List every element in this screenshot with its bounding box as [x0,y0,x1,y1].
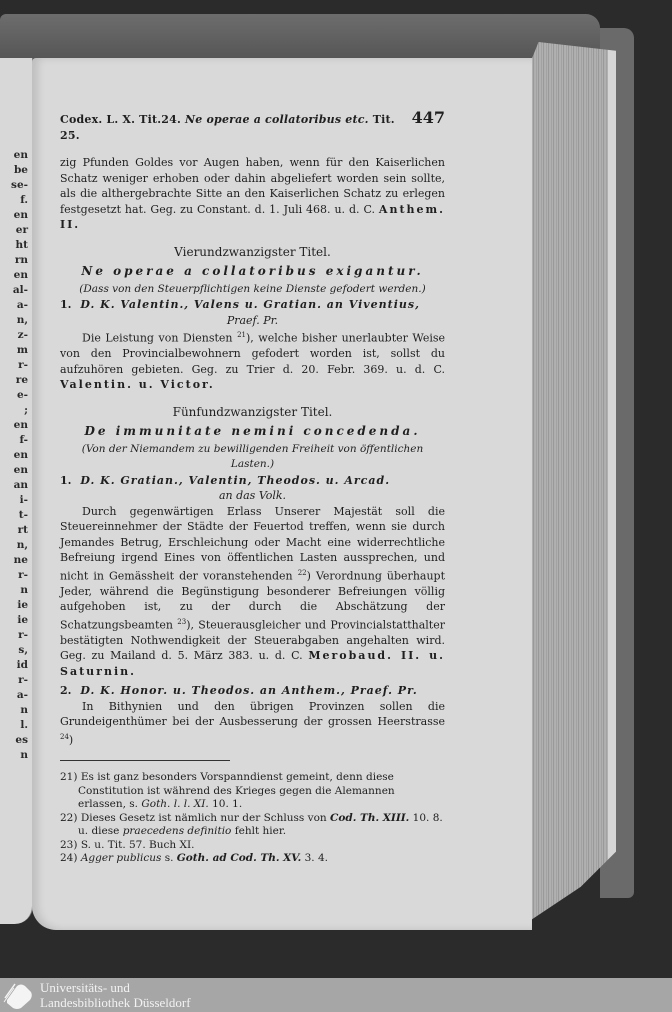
left-page-fragment: r- [0,628,30,643]
left-page-fragment: en [0,463,30,478]
fn-label: 23) [60,839,77,851]
title-24-heading: Vierundzwanzigster Titel. [60,245,445,261]
left-page-fragment: n, [0,538,30,553]
law-heading: 1. D. K. Gratian., Valentin, Theodos. u.… [60,473,445,489]
left-page-fragment: ie [0,613,30,628]
footnote-21: 21) Es ist ganz besonders Vorspanndienst… [60,771,445,812]
law-number: 2. [60,684,71,697]
law-text: Durch gegenwärtigen Erlass Unserer Majes… [60,504,445,680]
law-heading-text: D. K. Gratian., Valentin, Theodos. u. Ar… [80,474,390,487]
fn-label: 24) [60,852,77,864]
left-page-fragment: en [0,148,30,163]
law-heading: 1. D. K. Valentin., Valens u. Gratian. a… [60,297,445,313]
fn-italic2: praecedens definitio [123,825,232,837]
fn-text: S. u. Tit. 57. Buch XI. [81,839,195,851]
fn-italic2: Goth. ad Cod. Th. XV. [177,852,301,864]
fn-after: 10. 1. [212,798,242,810]
left-page-edge: enbese-f.enerhtrnenal-a-n,z-mr-ree-;enf-… [0,58,33,924]
footnote-ref[interactable]: 22 [298,569,307,577]
title-25-subtitle: (Von der Niemandem zu bewilligenden Frei… [60,442,445,473]
law-text-a: In Bithynien und den übrigen Provinzen s… [60,700,445,729]
left-page-fragment: r- [0,358,30,373]
left-page-fragment: f- [0,433,30,448]
left-page-fragment: l. [0,718,30,733]
footnote-rule [60,760,230,761]
law-text-b: ) [69,734,73,747]
footnote-23: 23) S. u. Tit. 57. Buch XI. [60,839,445,853]
left-page-fragment: f. [0,193,30,208]
left-page-fragment: i- [0,493,30,508]
footnote-ref[interactable]: 23 [177,618,186,626]
left-page-fragment: n [0,748,30,763]
left-page-fragment: ie [0,598,30,613]
left-page-fragment: er [0,223,30,238]
title-24-subtitle: (Dass von den Steuerpflichtigen keine Di… [60,282,445,298]
left-page-fragment: en [0,268,30,283]
title-24-latin: Ne operae a collatoribus exigantur. [60,264,445,280]
book-logo-icon [3,982,33,1010]
page-text: Codex. L. X. Tit.24. Ne operae a collato… [60,110,445,866]
fn-label: 21) [60,771,77,783]
left-page-fragment: s, [0,643,30,658]
running-head-left: Codex. L. X. Tit.24. Ne operae a collato… [60,112,412,143]
left-page-fragment: a- [0,688,30,703]
left-page-fragment: a- [0,298,30,313]
title-25-latin: De immunitate nemini concedenda. [60,424,445,440]
law-number: 1. [60,298,71,311]
footnote-ref[interactable]: 24 [60,733,69,741]
left-page-fragment: t- [0,508,30,523]
right-page: Codex. L. X. Tit.24. Ne operae a collato… [32,58,532,930]
left-page-fragment: es [0,733,30,748]
law-text: In Bithynien und den übrigen Provinzen s… [60,699,445,748]
left-page-fragment: en [0,418,30,433]
running-head: Codex. L. X. Tit.24. Ne operae a collato… [60,110,445,143]
footnote-22: 22) Dieses Gesetz ist nämlich nur der Sc… [60,812,445,839]
left-page-fragment: id [0,658,30,673]
left-page-fragment: en [0,208,30,223]
page-number: 447 [412,110,445,126]
law-heading-text: D. K. Valentin., Valens u. Gratian. an V… [80,298,420,311]
left-page-fragment: m [0,343,30,358]
law-recipient: an das Volk. [60,488,445,504]
head-italic: Ne operae a collatoribus etc. [185,113,369,126]
left-page-fragment: be [0,163,30,178]
left-page-fragment: rt [0,523,30,538]
fn-after: 3. 4. [305,852,328,864]
library-footer: Universitäts- und Landesbibliothek Düsse… [0,978,672,1012]
left-page-fragment: re [0,373,30,388]
page-fore-edge [528,42,616,922]
footnote-ref[interactable]: 21 [237,331,246,339]
left-page-fragment: rn [0,253,30,268]
law-consuls: Valentin. u. Victor. [60,378,215,391]
fn-label: 22) [60,812,77,824]
fn-italic: Goth. l. l. XI. [141,798,208,810]
fn-text: s. [165,852,174,864]
law-recipient: Praef. Pr. [60,313,445,329]
fn-italic: Agger publicus [81,852,162,864]
head-prefix: Codex. L. X. Tit.24. [60,113,181,126]
title-25-heading: Fünfundzwanzigster Titel. [60,405,445,421]
law-text: Die Leistung von Diensten 21), welche bi… [60,328,445,393]
left-page-fragment: r- [0,673,30,688]
left-page-fragment: ; [0,403,30,418]
left-page-fragment: r- [0,568,30,583]
opening-paragraph: zig Pfunden Goldes vor Augen haben, wenn… [60,155,445,233]
left-page-fragment: al- [0,283,30,298]
library-name-line1: Universitäts- und [40,980,191,995]
fn-italic: Cod. Th. XIII. [330,812,409,824]
left-page-fragment: n [0,703,30,718]
law-heading: 2. D. K. Honor. u. Theodos. an Anthem., … [60,683,445,699]
left-page-fragment: ht [0,238,30,253]
law-text-a: Die Leistung von Diensten [82,332,233,345]
left-page-fragment: ne [0,553,30,568]
left-page-fragment: se- [0,178,30,193]
footnotes: 21) Es ist ganz besonders Vorspanndienst… [60,771,445,866]
left-page-fragment: e- [0,388,30,403]
law-number: 1. [60,474,71,487]
left-page-fragment: en [0,448,30,463]
law-heading-text: D. K. Honor. u. Theodos. an Anthem., Pra… [80,684,417,697]
left-page-fragment: n, [0,313,30,328]
footnote-24: 24) Agger publicus s. Goth. ad Cod. Th. … [60,852,445,866]
left-page-fragment: n [0,583,30,598]
library-name: Universitäts- und Landesbibliothek Düsse… [40,980,191,1010]
fn-after2: fehlt hier. [235,825,286,837]
library-name-line2: Landesbibliothek Düsseldorf [40,995,191,1010]
fn-text: Dieses Gesetz ist nämlich nur der Schlus… [81,812,327,824]
left-page-fragment: z- [0,328,30,343]
left-page-fragment: an [0,478,30,493]
